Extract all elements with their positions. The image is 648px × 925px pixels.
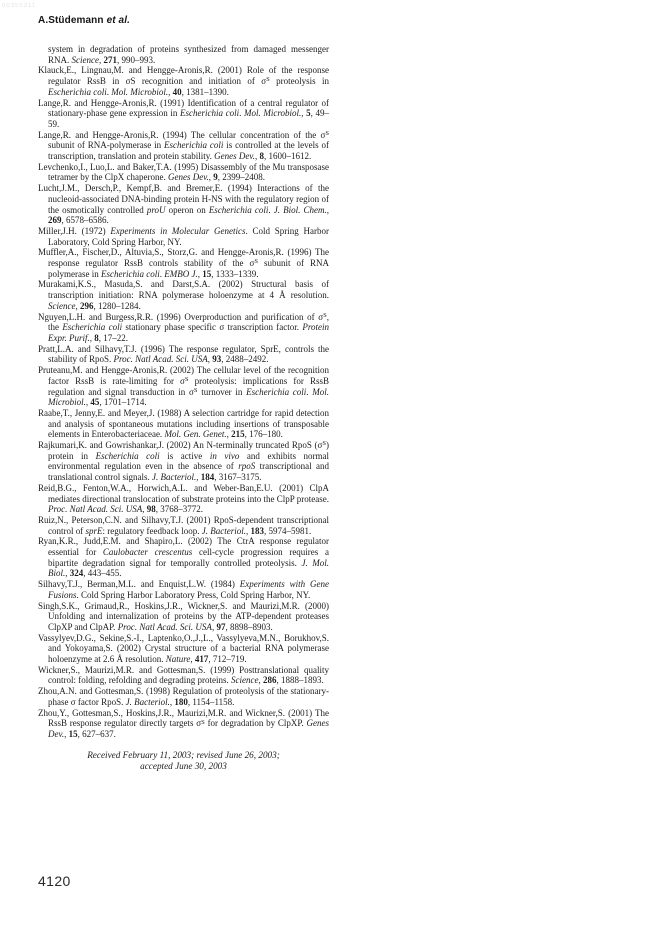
reference-entry: Singh,S.K., Grimaud,R., Hoskins,J.R., Wi… [38, 601, 329, 633]
reference-entry: Wickner,S., Maurizi,M.R. and Gottesman,S… [38, 665, 329, 686]
reference-entry: Raabe,T., Jenny,E. and Meyer,J. (1988) A… [38, 408, 329, 440]
reference-entry: Miller,J.H. (1972) Experiments in Molecu… [38, 226, 329, 247]
reference-entry: Rajkumari,K. and Gowrishankar,J. (2002) … [38, 440, 329, 483]
running-head: A.Stüdemannet al. [38, 15, 130, 26]
reference-entry: Klauck,E., Lingnau,M. and Hengge-Aronis,… [38, 65, 329, 97]
reference-entry: Levchenko,I., Luo,L. and Baker,T.A. (199… [38, 162, 329, 183]
reference-entry: system in degradation of proteins synthe… [38, 44, 329, 65]
running-head-etal: et al. [107, 15, 130, 26]
scan-artifact: 00355211 [2, 3, 36, 10]
reference-entry: Silhavy,T.J., Berman,M.L. and Enquist,L.… [38, 579, 329, 600]
reference-entry: Lucht,J.M., Dersch,P., Kempf,B. and Brem… [38, 183, 329, 226]
text-column: system in degradation of proteins synthe… [38, 44, 329, 773]
reference-entry: Zhou,A.N. and Gottesman,S. (1998) Regula… [38, 686, 329, 707]
reference-entry: Ruiz,N., Peterson,C.N. and Silhavy,T.J. … [38, 515, 329, 536]
reference-entry: Lange,R. and Hengge-Aronis,R. (1994) The… [38, 130, 329, 162]
reference-entry: Lange,R. and Hengge-Aronis,R. (1991) Ide… [38, 98, 329, 130]
received-dates: Received February 11, 2003; revised June… [38, 750, 329, 773]
reference-entry: Ryan,K.R., Judd,E.M. and Shapiro,L. (200… [38, 536, 329, 579]
page-number: 4120 [38, 873, 71, 889]
reference-entry: Reid,B.G., Fenton,W.A., Horwich,A.L. and… [38, 483, 329, 515]
reference-entry: Murakami,K.S., Masuda,S. and Darst,S.A. … [38, 279, 329, 311]
reference-entry: Nguyen,L.H. and Burgess,R.R. (1996) Over… [38, 312, 329, 344]
references-list: system in degradation of proteins synthe… [38, 44, 329, 740]
reference-entry: Zhou,Y., Gottesman,S., Hoskins,J.R., Mau… [38, 708, 329, 740]
running-head-author: A.Stüdemann [38, 15, 104, 26]
received-line: accepted June 30, 2003 [38, 761, 329, 773]
reference-entry: Pratt,L.A. and Silhavy,T.J. (1996) The r… [38, 344, 329, 365]
reference-entry: Vassylyev,D.G., Sekine,S.-I., Laptenko,O… [38, 633, 329, 665]
reference-entry: Muffler,A., Fischer,D., Altuvia,S., Stor… [38, 247, 329, 279]
reference-entry: Pruteanu,M. and Hengge-Aronis,R. (2002) … [38, 365, 329, 408]
received-line: Received February 11, 2003; revised June… [38, 750, 329, 762]
